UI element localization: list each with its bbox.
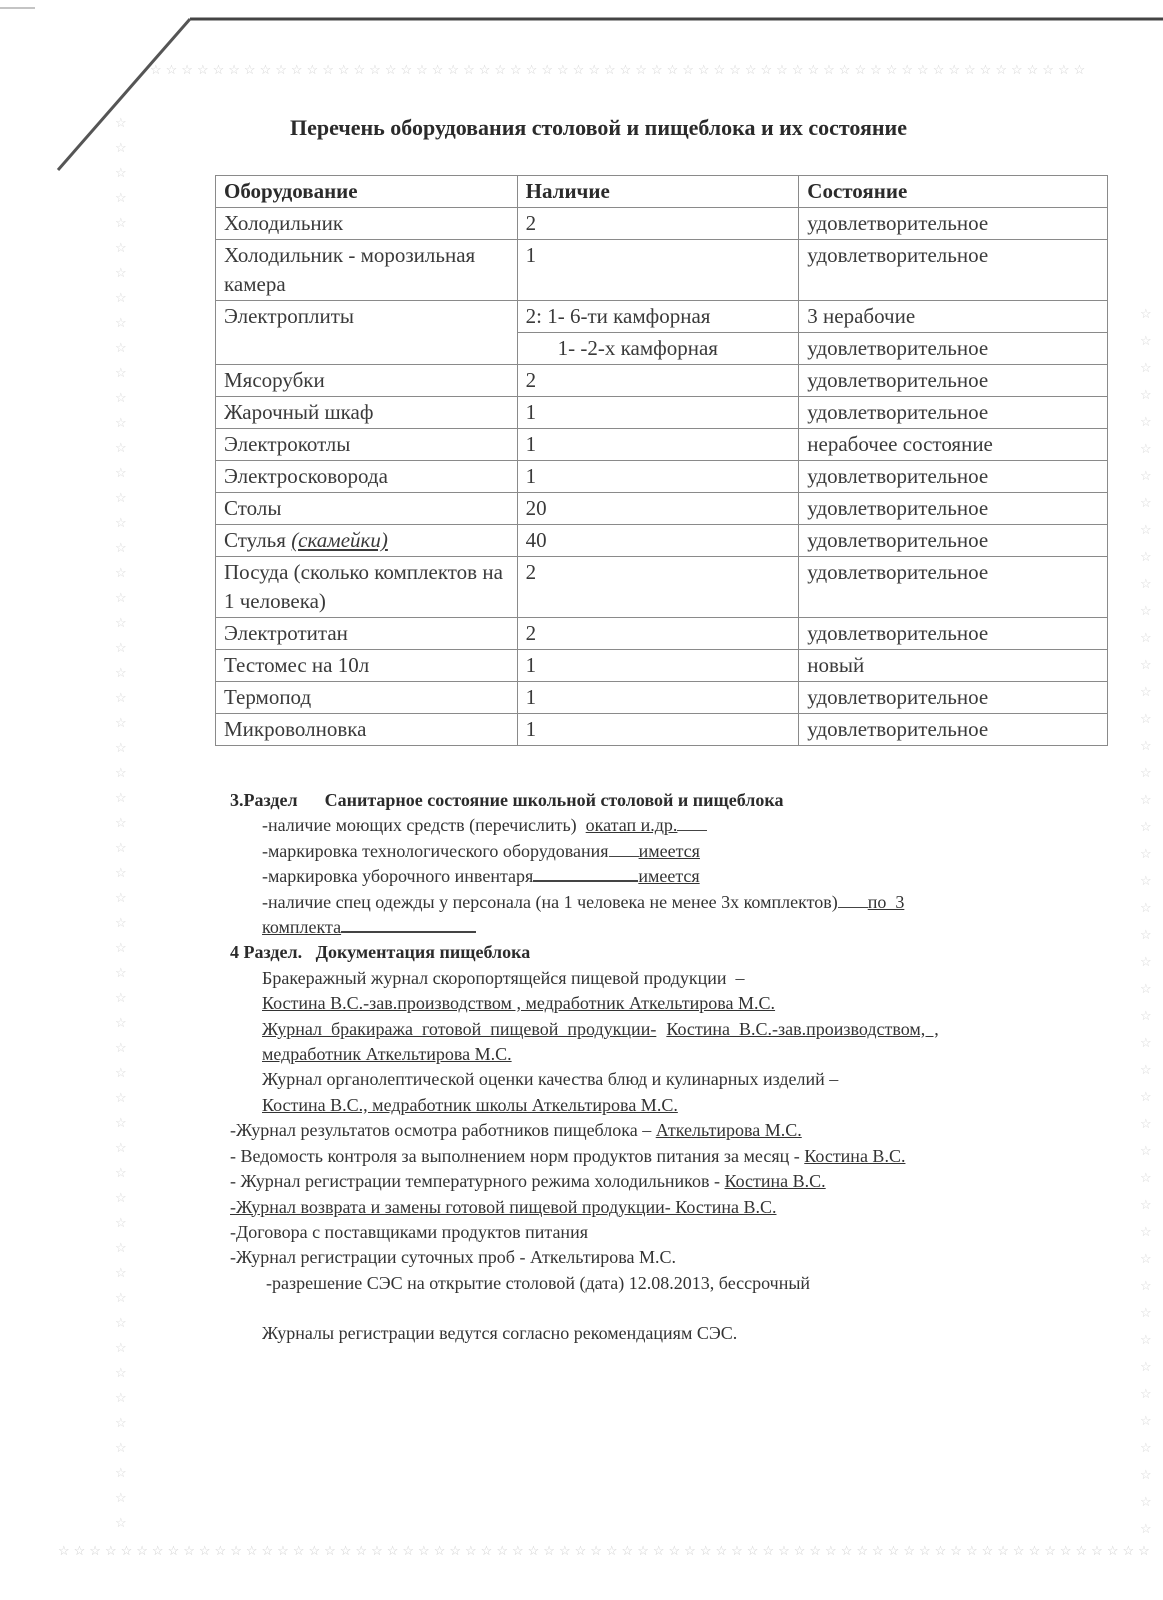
header-equipment: Оборудование [216,176,518,208]
cell-condition: удовлетворительное [799,208,1108,240]
section-4-heading: 4 Раздел. Документация пищеблока [230,940,1110,965]
cell-condition: 3 нерабочие [799,301,1108,333]
decorative-star-border-bottom: ☆☆☆☆☆☆☆☆☆☆☆☆☆☆☆☆☆☆☆☆☆☆☆☆☆☆☆☆☆☆☆☆☆☆☆☆☆☆☆☆… [58,1543,1158,1559]
documentation-line: - Журнал регистрации температурного режи… [230,1169,1110,1194]
documentation-line: -Журнал результатов осмотра работников п… [230,1118,1110,1143]
cell-equipment: Жарочный шкаф [216,397,518,429]
table-row: Столы20удовлетворительное [216,493,1108,525]
field-value: имеется [638,866,699,886]
documentation-line: - Ведомость контроля за выполнением норм… [230,1144,1110,1169]
page-title: Перечень оборудования столовой и пищебло… [290,115,907,141]
cell-condition: удовлетворительное [799,397,1108,429]
cell-equipment: Тестомес на 10л [216,650,518,682]
table-row: Термопод1удовлетворительное [216,682,1108,714]
cell-availability: 2 [517,557,799,618]
cell-condition: удовлетворительное [799,493,1108,525]
documentation-line: Костина В.С.-зав.производством , медрабо… [230,991,1110,1016]
footer-note: Журналы регистрации ведутся согласно рек… [230,1321,1110,1346]
table-row: Электроплиты2: 1- 6-ти камфорная3 нерабо… [216,301,1108,333]
cell-condition: удовлетворительное [799,240,1108,301]
cell-equipment: Электроплиты [216,301,518,365]
cell-condition: удовлетворительное [799,525,1108,557]
cell-availability: 1 [517,714,799,746]
table-row: Стулья (скамейки)40удовлетворительное [216,525,1108,557]
table-row: Мясорубки2удовлетворительное [216,365,1108,397]
cell-condition: удовлетворительное [799,682,1108,714]
scan-folded-corner [0,0,1163,200]
field-value: по 3 [868,892,905,912]
table-row: Электросковорода1удовлетворительное [216,461,1108,493]
documentation-line: Костина В.С., медработник школы Аткельти… [230,1093,1110,1118]
documentation-line: -разрешение СЭС на открытие столовой (да… [230,1271,1110,1296]
cell-availability: 2 [517,365,799,397]
table-row: Холодильник - морозильная камера1удовлет… [216,240,1108,301]
cell-availability: 2 [517,618,799,650]
cell-availability: 40 [517,525,799,557]
cell-availability: 1 [517,397,799,429]
field-value: окатап и.др. [586,815,678,835]
documentation-line: Журнал бракиража готовой пищевой продукц… [230,1017,1110,1042]
documentation-line: Журнал органолептической оценки качества… [230,1067,1110,1092]
section-3-item: -наличие моющих средств (перечислить) ок… [230,813,1110,838]
table-row: Тестомес на 10л1новый [216,650,1108,682]
cell-availability: 2 [517,208,799,240]
document-body: 3.Раздел Санитарное состояние школьной с… [230,788,1110,1347]
documentation-line: Бракеражный журнал скоропортящейся пищев… [230,966,1110,991]
cell-availability: 1 [517,240,799,301]
table-row: Микроволновка1удовлетворительное [216,714,1108,746]
cell-equipment: Электрокотлы [216,429,518,461]
cell-equipment: Мясорубки [216,365,518,397]
cell-condition: удовлетворительное [799,365,1108,397]
cell-condition: нерабочее состояние [799,429,1108,461]
decorative-star-border-top: ☆☆☆☆☆☆☆☆☆☆☆☆☆☆☆☆☆☆☆☆☆☆☆☆☆☆☆☆☆☆☆☆☆☆☆☆☆☆☆☆… [150,62,1150,78]
documentation-line: медработник Аткельтирова М.С. [230,1042,1110,1067]
cell-condition: удовлетворительное [799,618,1108,650]
cell-availability: 2: 1- 6-ти камфорная [517,301,799,333]
documentation-line: -Журнал регистрации суточных проб - Атке… [230,1245,1110,1270]
table-row: Электрокотлы1нерабочее состояние [216,429,1108,461]
cell-equipment: Столы [216,493,518,525]
header-availability: Наличие [517,176,799,208]
table-row: Электротитан2удовлетворительное [216,618,1108,650]
equipment-table: Оборудование Наличие Состояние Холодильн… [215,175,1108,746]
cell-availability: 1 [517,650,799,682]
section-3-item-continued: комплекта [230,915,1110,940]
cell-equipment: Холодильник - морозильная камера [216,240,518,301]
table-row: Жарочный шкаф1удовлетворительное [216,397,1108,429]
section-3-item: -наличие спец одежды у персонала (на 1 ч… [230,890,1110,915]
table-row: Холодильник2удовлетворительное [216,208,1108,240]
cell-equipment: Электротитан [216,618,518,650]
cell-availability: 1- -2-х камфорная [517,333,799,365]
cell-equipment: Стулья (скамейки) [216,525,518,557]
cell-availability: 20 [517,493,799,525]
documentation-line: -Договора с поставщиками продуктов питан… [230,1220,1110,1245]
documentation-line: -Журнал возврата и замены готовой пищево… [230,1195,1110,1220]
cell-condition: удовлетворительное [799,714,1108,746]
item-note: (скамейки) [291,528,388,552]
responsible-person: Костина В.С. [804,1146,905,1166]
section-3-item: -маркировка технологического оборудовани… [230,839,1110,864]
table-header-row: Оборудование Наличие Состояние [216,176,1108,208]
decorative-star-border-right: ☆☆☆☆☆☆☆☆☆☆☆☆☆☆☆☆☆☆☆☆☆☆☆☆☆☆☆☆☆☆☆☆☆☆☆☆☆☆☆☆… [1140,300,1156,1540]
cell-equipment: Холодильник [216,208,518,240]
section-3-item: -маркировка уборочного инвентаряимеется [230,864,1110,889]
cell-equipment: Посуда (сколько комплектов на 1 человека… [216,557,518,618]
field-value: имеется [639,841,700,861]
section-4-list: Бракеражный журнал скоропортящейся пищев… [230,966,1110,1296]
responsible-person: Костина В.С.-зав.производством, , [666,1019,938,1039]
cell-condition: новый [799,650,1108,682]
cell-equipment: Электросковорода [216,461,518,493]
cell-availability: 1 [517,461,799,493]
header-condition: Состояние [799,176,1108,208]
table-row: Посуда (сколько комплектов на 1 человека… [216,557,1108,618]
cell-condition: удовлетворительное [799,557,1108,618]
decorative-star-border-left: ☆☆☆☆☆☆☆☆☆☆☆☆☆☆☆☆☆☆☆☆☆☆☆☆☆☆☆☆☆☆☆☆☆☆☆☆☆☆☆☆… [115,110,131,1540]
cell-equipment: Микроволновка [216,714,518,746]
responsible-person: Аткельтирова М.С. [656,1120,802,1140]
cell-availability: 1 [517,682,799,714]
responsible-person: Костина В.С. [725,1171,826,1191]
cell-condition: удовлетворительное [799,333,1108,365]
section-3-heading: 3.Раздел Санитарное состояние школьной с… [230,788,1110,813]
cell-equipment: Термопод [216,682,518,714]
cell-condition: удовлетворительное [799,461,1108,493]
cell-availability: 1 [517,429,799,461]
